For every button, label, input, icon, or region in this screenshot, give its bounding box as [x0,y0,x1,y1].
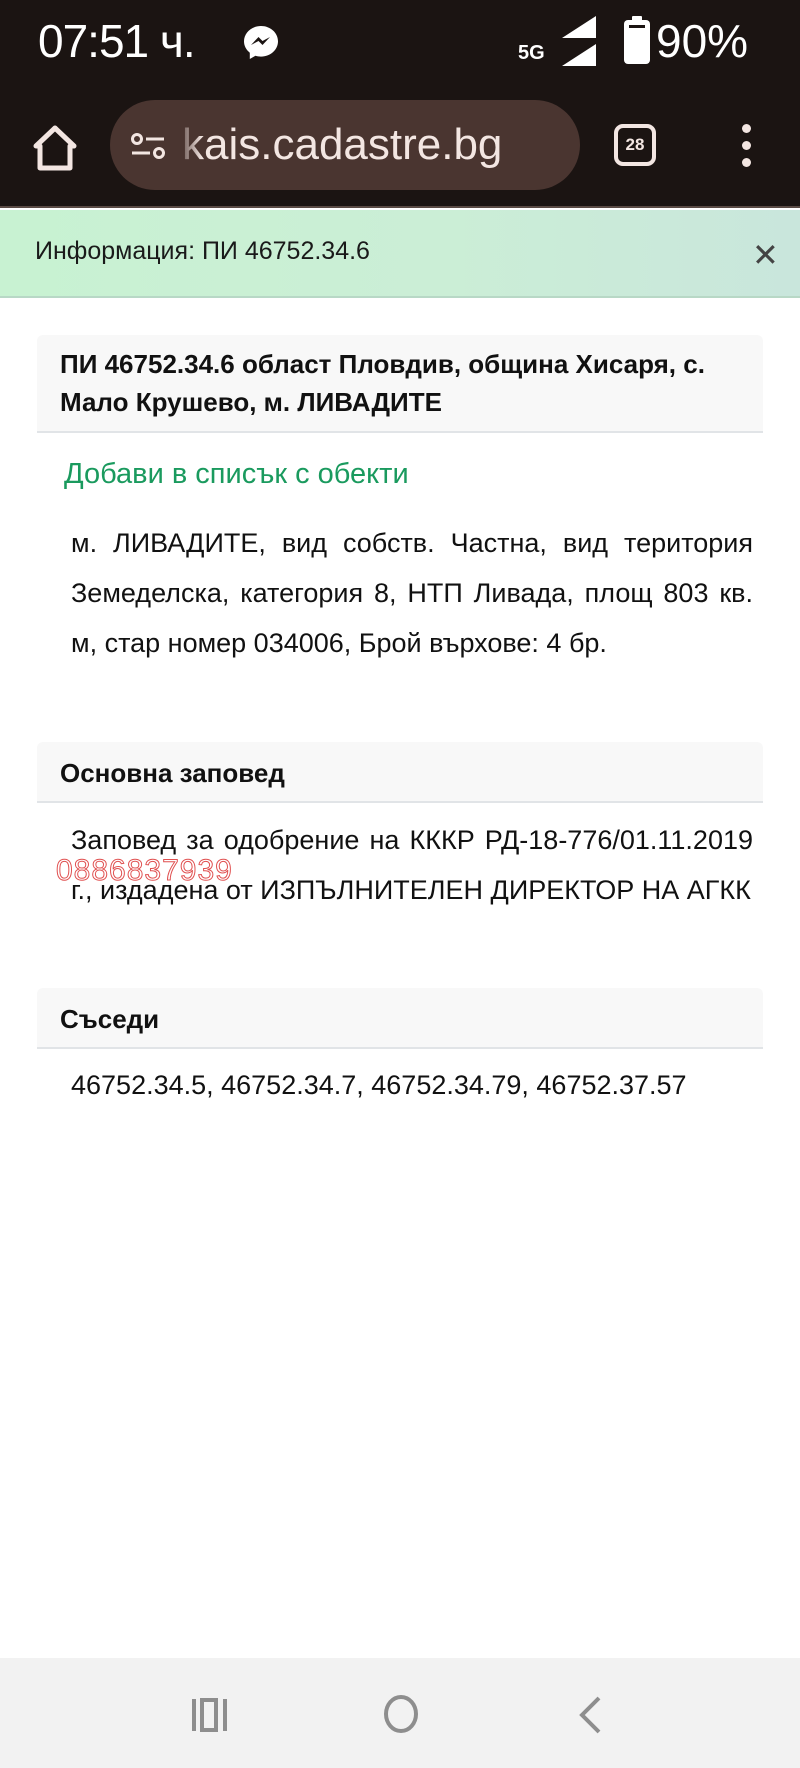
battery-icon [624,16,650,64]
signal-icon [556,16,596,66]
clock: 07:51 ч. [38,14,195,68]
property-description: м. ЛИВАДИТЕ, вид собств. Частна, вид тер… [71,518,753,668]
info-banner: Информация: ПИ 46752.34.6 ✕ [0,210,800,298]
home-circle-icon[interactable] [382,1694,420,1734]
neighbors-list: 46752.34.5, 46752.34.7, 46752.34.79, 467… [71,1060,753,1110]
messenger-icon [242,24,280,60]
home-icon[interactable] [32,124,78,172]
neighbors-heading: Съседи [60,1000,159,1038]
back-icon[interactable] [578,1696,602,1734]
more-vert-icon[interactable] [736,124,756,172]
neighbors-section-header: Съседи [37,988,763,1049]
tune-icon[interactable] [130,132,166,160]
network-type: 5G [518,42,545,65]
phone-watermark: 0886837939 [56,854,233,888]
battery-percent: 90% [656,14,748,68]
property-header: ПИ 46752.34.6 област Пловдив, община Хис… [37,335,763,433]
banner-title: Информация: ПИ 46752.34.6 [35,237,370,266]
status-bar: 07:51 ч. 5G 90% [0,0,800,86]
order-heading: Основна заповед [60,754,285,792]
property-title: ПИ 46752.34.6 област Пловдив, община Хис… [60,345,750,421]
address-bar[interactable]: kais.cadastre.bg [110,100,580,190]
system-nav-bar [0,1658,800,1768]
add-to-list-link[interactable]: Добави в списък с обекти [64,458,409,491]
url-text[interactable]: kais.cadastre.bg [182,120,502,170]
order-section-header: Основна заповед [37,742,763,803]
browser-toolbar: kais.cadastre.bg 28 [0,86,800,208]
tab-switcher-button[interactable]: 28 [614,124,656,166]
recents-icon[interactable] [191,1698,229,1732]
close-icon[interactable]: ✕ [752,236,779,274]
